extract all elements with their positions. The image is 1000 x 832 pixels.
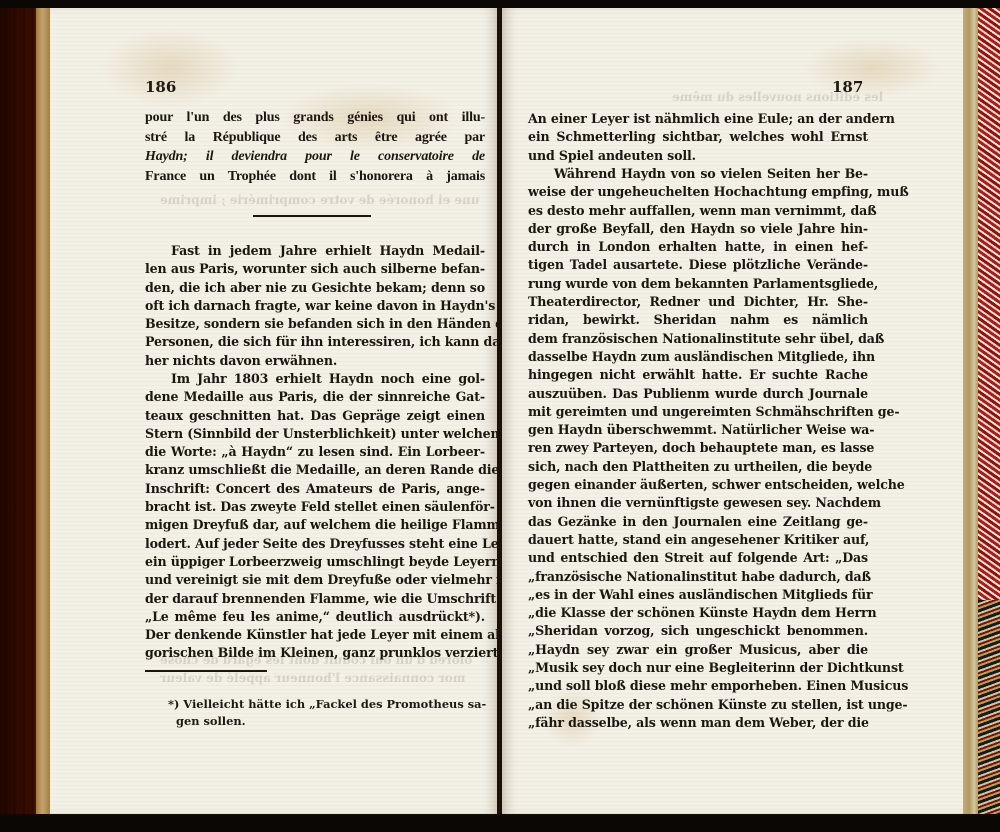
- text-line: es desto mehr auffallen, wenn man vernim…: [528, 202, 868, 220]
- page-number-right: 187: [832, 78, 863, 96]
- text-line: gorischen Bilde im Kleinen, ganz prunklo…: [145, 644, 485, 662]
- text-line: das Gezänke in den Journalen eine Zeitla…: [528, 513, 868, 531]
- text-line: Stern (Sinnbild der Unsterblichkeit) unt…: [145, 425, 485, 443]
- text-line: dem französischen Nationalinstitute sehr…: [528, 330, 868, 348]
- text-line: „die Klasse der schönen Künste Haydn dem…: [528, 604, 868, 622]
- text-line: bracht ist. Das zweyte Feld stellet eine…: [145, 498, 485, 516]
- text-line: stré la République des arts être agrée p…: [145, 128, 485, 148]
- text-line: sich, nach den Plattheiten zu urtheilen,…: [528, 458, 868, 476]
- paragraph-medals: Fast in jedem Jahre erhielt Haydn Medail…: [145, 242, 485, 370]
- text-line: Personen, die sich für ihn interessiren,…: [145, 333, 485, 351]
- text-line: „Le même feu les anime,“ deutlich ausdrü…: [145, 608, 485, 626]
- text-line: France un Trophée dont il s'honorera à j…: [145, 167, 485, 187]
- text-line: Besitze, sondern sie befanden sich in de…: [145, 315, 485, 333]
- text-line: mit gereimten und ungereimten Schmähschr…: [528, 403, 868, 421]
- text-line: „an die Spitze der schönen Künste zu ste…: [528, 696, 868, 714]
- text-line: Fast in jedem Jahre erhielt Haydn Medail…: [145, 242, 485, 260]
- text-line: kranz umschließt die Medaille, an deren …: [145, 461, 485, 479]
- footnote: *) Vielleicht hätte ich „Fackel des Prom…: [168, 696, 488, 730]
- text-line: „französische Nationalinstitut habe dadu…: [528, 568, 868, 586]
- text-line: Der denkende Künstler hat jede Leyer mit…: [145, 626, 485, 644]
- text-line: migen Dreyfuß dar, auf welchem die heili…: [145, 516, 485, 534]
- paper-stain: [802, 38, 942, 98]
- text-line: „und soll bloß diese mehr emporheben. Ei…: [528, 677, 868, 695]
- text-line: hingegen nicht erwählt hatte. Er suchte …: [528, 366, 868, 384]
- text-line: pour l'un des plus grands génies qui ont…: [145, 108, 485, 128]
- left-page: une ei honorée de votre comprimérie ; im…: [50, 8, 498, 814]
- text-line: lodert. Auf jeder Seite des Dreyfusses s…: [145, 535, 485, 553]
- text-line: An einer Leyer ist nähmlich eine Eule; a…: [528, 110, 868, 128]
- open-book-scan: une ei honorée de votre comprimérie ; im…: [0, 0, 1000, 832]
- text-line: gegen einander äußerten, schwer entschei…: [528, 476, 868, 494]
- bottom-shadow: [0, 816, 1000, 832]
- text-line: *) Vielleicht hätte ich „Fackel des Prom…: [168, 696, 488, 713]
- text-line: und entschied den Streit auf folgende Ar…: [528, 549, 868, 567]
- text-line: rung wurde von dem bekannten Parlamentsg…: [528, 275, 868, 293]
- paragraph-sheridan-dispute: Während Haydn von so vielen Seiten her B…: [528, 165, 868, 732]
- show-through-text: mor connaissance l'honneur appelé de val…: [160, 671, 465, 685]
- paragraph-lyre-ornament: An einer Leyer ist nähmlich eine Eule; a…: [528, 110, 868, 165]
- text-line: dauert hatte, stand ein angesehener Krit…: [528, 531, 868, 549]
- text-line: gen sollen.: [168, 713, 488, 730]
- text-line: her nichts davon erwähnen.: [145, 352, 485, 370]
- text-line: Während Haydn von so vielen Seiten her B…: [528, 165, 868, 183]
- text-line: len aus Paris, worunter sich auch silber…: [145, 260, 485, 278]
- text-line: ein Schmetterling sichtbar, welches wohl…: [528, 128, 868, 146]
- right-page: les éditions nouvelles du même 187 An ei…: [502, 8, 964, 814]
- french-quote-block: pour l'un des plus grands génies qui ont…: [145, 108, 485, 186]
- show-through-text: une ei honorée de votre comprimérie ; im…: [160, 193, 480, 207]
- text-line: der große Beyfall, den Haydn so viele Ja…: [528, 220, 868, 238]
- text-line: durch in London erhalten hatte, in einen…: [528, 238, 868, 256]
- marbled-endpaper-lower: [978, 600, 1000, 814]
- text-line: Theaterdirector, Redner und Dichter, Hr.…: [528, 293, 868, 311]
- text-line: tigen Tadel ausartete. Diese plötzliche …: [528, 256, 868, 274]
- page-block-edge-right: [963, 8, 979, 814]
- text-line: gen Haydn überschwemmt. Natürlicher Weis…: [528, 421, 868, 439]
- paragraph-golden-medal: Im Jahr 1803 erhielt Haydn noch eine gol…: [145, 370, 485, 663]
- text-line: „Sheridan vorzog, sich ungeschickt benom…: [528, 622, 868, 640]
- text-line: „Musik sey doch nur eine Begleiterinn de…: [528, 659, 868, 677]
- text-line: und Spiel andeuten soll.: [528, 147, 868, 165]
- text-line: Inschrift: Concert des Amateurs de Paris…: [145, 480, 485, 498]
- text-line: und vereinigt sie mit dem Dreyfuße oder …: [145, 571, 485, 589]
- text-line: ridan, bewirkt. Sheridan nahm es nämlich: [528, 311, 868, 329]
- section-divider: [253, 215, 371, 217]
- text-line: ren zwey Parteyen, doch behauptete man, …: [528, 439, 868, 457]
- text-line: die Worte: „à Haydn“ zu lesen sind. Ein …: [145, 443, 485, 461]
- text-line: dene Medaille aus Paris, die der sinnrei…: [145, 388, 485, 406]
- text-line: „es in der Wahl eines ausländischen Mitg…: [528, 586, 868, 604]
- paper-stain: [100, 28, 240, 108]
- text-line: teaux geschnitten hat. Das Gepräge zeigt…: [145, 407, 485, 425]
- text-line: der darauf brennenden Flamme, wie die Um…: [145, 590, 485, 608]
- text-line: dasselbe Haydn zum ausländischen Mitglie…: [528, 348, 868, 366]
- footnote-divider: [145, 670, 267, 672]
- text-line: von ihnen die vernünftigste gewesen sey.…: [528, 494, 868, 512]
- text-line: „fähr dasselbe, als wenn man dem Weber, …: [528, 714, 868, 732]
- text-line: Haydn; il deviendra pour le conservatoir…: [145, 147, 485, 167]
- page-number-left: 186: [145, 78, 176, 96]
- text-line: Im Jahr 1803 erhielt Haydn noch eine gol…: [145, 370, 485, 388]
- text-line: weise der ungeheuchelten Hochachtung emp…: [528, 183, 868, 201]
- text-line: auszuüben. Das Publienm wurde durch Jour…: [528, 385, 868, 403]
- text-line: ein üppiger Lorbeerzweig umschlingt beyd…: [145, 553, 485, 571]
- text-line: „Haydn sey zwar ein großer Musicus, aber…: [528, 641, 868, 659]
- text-line: oft ich darnach fragte, war keine davon …: [145, 297, 485, 315]
- text-line: den, die ich aber nie zu Gesichte bekam;…: [145, 279, 485, 297]
